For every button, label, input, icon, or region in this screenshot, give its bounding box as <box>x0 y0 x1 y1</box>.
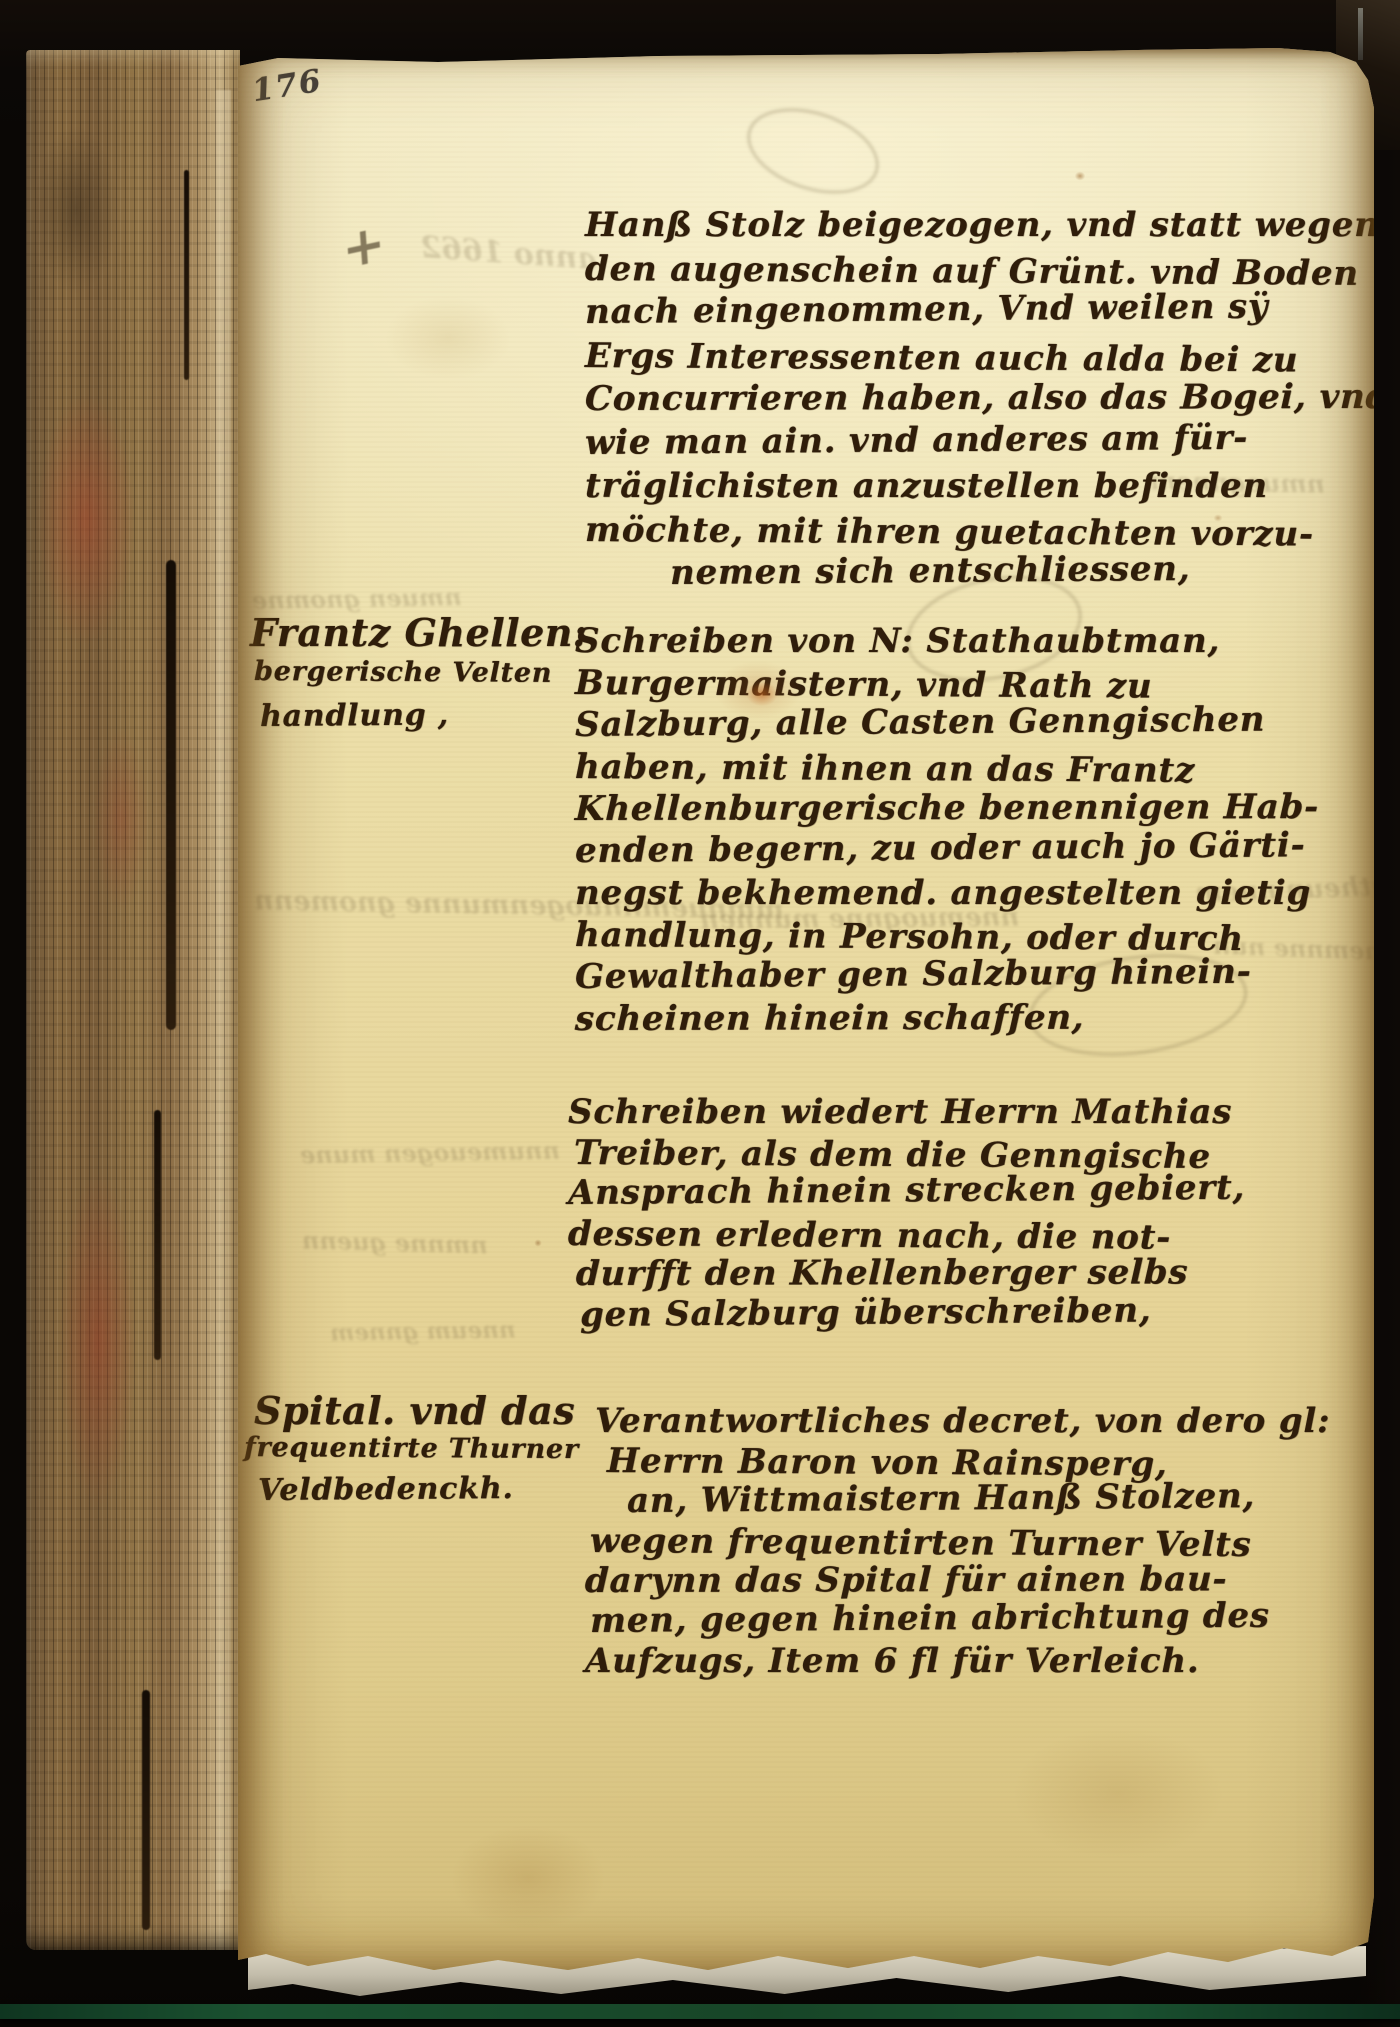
manuscript-line: Herrn Baron von Rainsperg, <box>607 1444 1168 1481</box>
manuscript-line: Hanß Stolz beigezogen, vnd statt wegen <box>585 208 1380 242</box>
manuscript-line: Ergs Interessenten auch alda bei zu <box>585 339 1299 377</box>
manuscript-line: Gewalthaber gen Salzburg hinein- <box>575 955 1252 994</box>
manuscript-line: nach eingenommen, Vnd weilen sÿ <box>585 290 1269 329</box>
scanner-bed-green-strip <box>0 2004 1400 2019</box>
ink-bleed-line: nneum gnnem <box>330 1316 516 1346</box>
fore-edge-light-sliver <box>216 90 231 1890</box>
book-fore-edge <box>26 50 240 1950</box>
manuscript-line: wie man ain. vnd anderes am für- <box>585 420 1248 459</box>
manuscript-line: haben, mit ihnen an das Frantz <box>575 750 1195 788</box>
manuscript-line: Burgermaistern, vnd Rath zu <box>575 666 1153 704</box>
fore-edge-crack <box>184 170 189 380</box>
manuscript-line: Schreiben von N: Stathaubtman, <box>575 624 1220 658</box>
manuscript-line: men, gegen hinein abrichtung des <box>590 1599 1270 1638</box>
manuscript-line: Aufzugs, Item 6 fl für Verleich. <box>585 1644 1200 1678</box>
fore-edge-crack <box>142 1690 150 1930</box>
manuscript-line: scheinen hinein schaffen, <box>574 1001 1085 1036</box>
margin-note-line: Spital. vnd das <box>254 1392 575 1430</box>
manuscript-line: enden begern, zu oder auch jo Gärti- <box>575 828 1306 868</box>
manuscript-line: Khellenburgerische benennigen Hab- <box>574 790 1319 826</box>
manuscript-line: möchte, mit ihren guetachten vorzu- <box>585 513 1314 551</box>
margin-note-line: Frantz Ghellen: <box>250 614 587 652</box>
manuscript-line: Verantwortliches decret, von dero gl: <box>595 1404 1330 1438</box>
fore-edge-crack <box>154 1110 161 1360</box>
manuscript-line: negst bekhemend. angestelten gietig <box>575 876 1311 910</box>
manuscript-page: anno 1662 nmuen gnomne mmnuemnnuogenmunn… <box>238 48 1374 1978</box>
manuscript-line: an, Wittmaistern Hanß Stolzen, <box>627 1479 1255 1518</box>
manuscript-line: handlung, in Persohn, oder durch <box>575 918 1244 956</box>
invocation-cross-mark: + <box>340 211 387 282</box>
ink-bleed-flourish-ring <box>736 93 889 209</box>
manuscript-line: Ansprach hinein strecken gebiert, <box>568 1171 1245 1210</box>
manuscript-line: dessen erledern nach, die not- <box>568 1217 1171 1255</box>
manuscript-line: darynn das Spital für ainen bau- <box>584 1562 1228 1598</box>
margin-note-line: frequentirte Thurner <box>244 1434 579 1463</box>
manuscript-line: Salzburg, alle Casten Genngischen <box>575 703 1265 742</box>
manuscript-line: wegen frequentirten Turner Velts <box>590 1524 1252 1562</box>
manuscript-line: gen Salzburg überschreiben, <box>580 1293 1152 1331</box>
cover-clasp-glint <box>1358 8 1363 60</box>
manuscript-line: Schreiben wiedert Herrn Mathias <box>568 1095 1232 1129</box>
manuscript-line: träglichisten anzustellen befinden <box>585 469 1268 503</box>
manuscript-line: nemen sich entschliessen, <box>670 552 1191 590</box>
ink-bleed-line: nmnne guenn <box>302 1226 488 1260</box>
margin-note-line: Veldbedenckh. <box>258 1474 514 1506</box>
margin-note-line: bergerische Velten <box>254 658 552 687</box>
manuscript-line: Concurrieren haben, also das Bogei, vnd <box>584 380 1390 416</box>
fore-edge-crack <box>166 560 176 1030</box>
ink-bleed-annotation: anno 1662 <box>419 230 598 277</box>
manuscript-photo: anno 1662 nmuen gnomne mmnuemnnuogenmunn… <box>0 0 1400 2027</box>
ink-bleed-line: nnumeuogen mune <box>300 1136 560 1170</box>
margin-note-line: handlung , <box>260 701 449 732</box>
manuscript-line: durfft den Khellenberger selbs <box>575 1255 1188 1291</box>
folio-number: 176 <box>250 63 325 110</box>
manuscript-line: den augenschein auf Grünt. vnd Boden <box>585 252 1359 291</box>
